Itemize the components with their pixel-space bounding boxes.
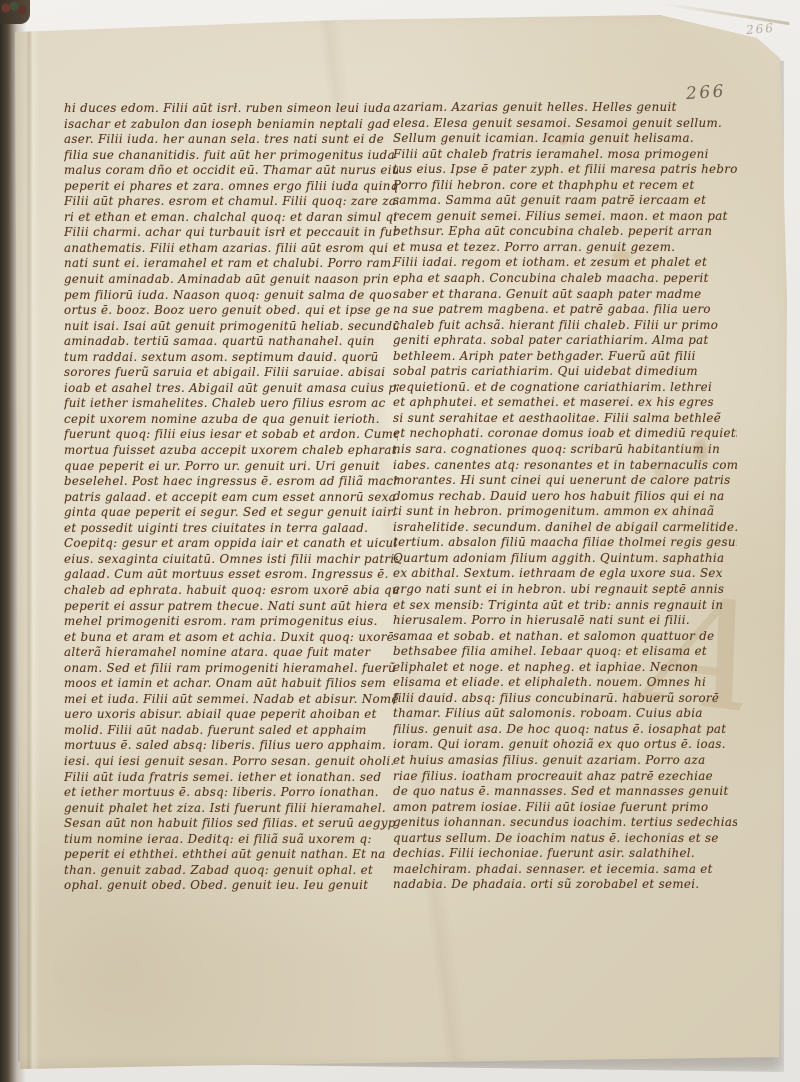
text-line: Sellum genuit icamian. Icamia genuit hel… [393, 131, 737, 147]
text-line: bethsabee filia amihel. Iebaar quoq: et … [393, 644, 737, 660]
text-line: et buna et aram et asom et achia. Duxit … [64, 630, 398, 646]
text-line: tum raddai. sextum asom. septimum dauid.… [64, 350, 398, 366]
text-line: et possedit uiginti tres ciuitates in te… [64, 521, 398, 537]
text-line: Filii aūt chaleb fratris ieramahel. mosa… [393, 147, 737, 163]
text-line: filii dauid. absq: filius concubinarū. h… [393, 691, 737, 707]
text-line: anathematis. Filii etham azarias. filii … [64, 241, 398, 257]
text-line: riae filius. ioatham procreauit ahaz pat… [393, 769, 737, 785]
text-line: iesi. qui iesi genuit sesan. Porro sesan… [64, 754, 398, 770]
text-line: filia sue chananitidis. fuit aūt her pri… [64, 148, 398, 164]
text-line: mehel primogeniti esrom. ram primogenitu… [64, 614, 398, 630]
text-line: genitus iohannan. secundus ioachim. tert… [393, 815, 737, 831]
text-line: mortuus ē. saled absq: liberis. filius u… [64, 738, 398, 754]
text-line: morantes. Hi sunt cinei qui uenerunt de … [393, 473, 737, 489]
text-line: Filii aūt phares. esrom et chamul. Filii… [64, 194, 398, 210]
left-text-column: hi duces edom. Filii aūt isrł. ruben sim… [64, 101, 398, 901]
text-line: eliphalet et noge. et napheg. et iaphiae… [393, 660, 737, 676]
text-line: elesa. Elesa genuit sesamoi. Sesamoi gen… [393, 116, 737, 132]
text-line: et huius amasias filius. genuit azariam.… [393, 753, 737, 769]
text-line: molid. Filii aūt nadab. fuerunt saled et… [64, 723, 398, 739]
text-line: samaa et sobab. et nathan. et salomon qu… [393, 629, 737, 645]
text-line: et musa et tezez. Porro arran. genuit ge… [393, 240, 737, 256]
text-line: nadabia. De phadaia. orti sũ zorobabel e… [393, 877, 737, 893]
text-line: mei et iuda. Filii aūt semmei. Nadab et … [64, 692, 398, 708]
text-line: et aphphutei. et semathei. et maserei. e… [393, 395, 737, 411]
text-line: thamar. Filius aūt salomonis. roboam. Cu… [393, 706, 737, 722]
text-line: hi duces edom. Filii aūt isrł. ruben sim… [64, 101, 398, 117]
text-line: Filii aūt iuda fratris semei. iether et … [64, 770, 398, 786]
text-line: dechias. Filii iechoniae. fuerunt asir. … [393, 846, 737, 862]
text-line: Filii charmi. achar qui turbauit isrł et… [64, 225, 398, 241]
text-line: si sunt serahitae et aesthaolitae. Filii… [393, 411, 737, 427]
text-line: recem genuit semei. Filius semei. maon. … [393, 209, 737, 225]
text-line: de quo natus ē. mannasses. Sed et mannas… [393, 784, 737, 800]
text-line: ortus ē. booz. Booz uero genuit obed. qu… [64, 303, 398, 319]
text-line: israhelitide. secundum. danihel de abiga… [393, 520, 737, 536]
text-line: peperit ei phares et zara. omnes ergo fi… [64, 179, 398, 195]
text-line: aminadab. tertiū samaa. quartū nathanahe… [64, 334, 398, 350]
photo-backdrop: 266 266 A hi duces edom. Filii aūt isrł.… [0, 0, 800, 1082]
text-line: elisama et eliade. et eliphaleth. nouem.… [393, 675, 737, 691]
text-line: samma. Samma aūt genuit raam patrē ierca… [393, 193, 737, 209]
text-line: sobal patris cariathiarim. Qui uidebat d… [393, 364, 737, 380]
text-line: peperit ei eththei. eththei aūt genuit n… [64, 847, 398, 863]
text-line: chaleb fuit achsã. hierant filii chaleb.… [393, 318, 737, 334]
text-line: galaad. Cum aūt mortuus esset esrom. Ing… [64, 567, 398, 583]
text-line: azariam. Azarias genuit helles. Helles g… [393, 100, 737, 116]
text-line: peperit ei assur patrem thecue. Nati sun… [64, 599, 398, 615]
text-line: domus rechab. Dauid uero hos habuit fili… [393, 489, 737, 505]
text-line: onam. Sed et filii ram primogeniti hiera… [64, 661, 398, 677]
text-line: Sesan aūt non habuit filios sed filias. … [64, 816, 398, 832]
text-line: genuit aminadab. Aminadab aūt genuit naa… [64, 272, 398, 288]
text-line: cepit uxorem nomine azuba de qua genuit … [64, 412, 398, 428]
text-line: uero uxoris abisur. abiail quae peperit … [64, 707, 398, 723]
text-line: moos et iamin et achar. Onam aūt habuit … [64, 676, 398, 692]
text-line: isachar et zabulon dan ioseph beniamin n… [64, 117, 398, 133]
text-line: sorores fuerũ saruia et abigail. Filii s… [64, 365, 398, 381]
text-line: et sex mensib: Triginta aūt et trib: ann… [393, 598, 737, 614]
text-line: alterã hieramahel nomine atara. quae fui… [64, 645, 398, 661]
text-line: quae peperit ei ur. Porro ur. genuit uri… [64, 459, 398, 475]
text-line: et nechophati. coronae domus ioab et dim… [393, 426, 737, 442]
binding-headband [0, 0, 30, 24]
text-line: malus coram dño et occidit eū. Thamar aū… [64, 163, 398, 179]
right-text-column: azariam. Azarias genuit helles. Helles g… [393, 100, 737, 902]
ghost-folio-number: 266 [745, 19, 796, 37]
text-line: tium nomine ieraa. Deditq: ei filiã suã … [64, 832, 398, 848]
text-line: saber et tharana. Genuit aūt saaph pater… [393, 287, 737, 303]
text-line: ergo nati sunt ei in hebron. ubi regnaui… [393, 582, 737, 598]
text-line: requietionū. et de cognatione cariathiar… [393, 380, 737, 396]
text-line: genuit phalet het ziza. Isti fuerunt fil… [64, 801, 398, 817]
text-line: maelchiram. phadai. sennaser. et iecemia… [393, 862, 737, 878]
text-line: mortua fuisset azuba accepit uxorem chal… [64, 443, 398, 459]
text-line: tertium. absalon filiū maacha filiae tho… [393, 535, 737, 551]
text-line: tus eius. Ipse ē pater zyph. et filii ma… [393, 162, 737, 178]
text-line: nis sara. cognationes quoq: scribarū hab… [393, 442, 737, 458]
text-line: Filii iadai. regom et iotham. et zesum e… [393, 255, 737, 271]
text-line: Quartum adoniam filium aggith. Quintum. … [393, 551, 737, 567]
text-line: beselehel. Post haec ingressus ē. esrom … [64, 474, 398, 490]
text-line: Coepitq: gesur et aram oppida iair et ca… [64, 536, 398, 552]
text-line: et iether mortuus ē. absq: liberis. Porr… [64, 785, 398, 801]
text-line: ex abithal. Sextum. iethraam de egla uxo… [393, 566, 737, 582]
text-line: eius. sexaginta ciuitatū. Omnes isti fil… [64, 552, 398, 568]
text-line: chaleb ad ephrata. habuit quoq: esrom ux… [64, 583, 398, 599]
text-line: patris galaad. et accepit eam cum esset … [64, 490, 398, 506]
text-line: quartus sellum. De ioachim natus ē. iech… [393, 831, 737, 847]
text-line: ioab et asahel tres. Abigail aūt genuit … [64, 381, 398, 397]
text-line: bethsur. Epha aūt concubina chaleb. pepe… [393, 224, 737, 240]
text-line: nuit isai. Isai aūt genuit primogenitū h… [64, 319, 398, 335]
text-line: ti sunt in hebron. primogenitum. ammon e… [393, 504, 737, 520]
text-line: than. genuit zabad. Zabad quoq: genuit o… [64, 863, 398, 879]
text-line: hierusalem. Porro in hierusalē nati sunt… [393, 613, 737, 629]
text-line: fuerunt quoq: filii eius iesar et sobab … [64, 427, 398, 443]
text-line: nati sunt ei. ieramahel et ram et chalub… [64, 256, 398, 272]
text-line: na sue patrem magbena. et patrē gabaa. f… [393, 302, 737, 318]
text-line: ophal. genuit obed. Obed. genuit ieu. Ie… [64, 878, 398, 894]
text-line: filius. genuit asa. De hoc quoq: natus ē… [393, 722, 737, 738]
text-line: geniti ephrata. sobal pater cariathiarim… [393, 333, 737, 349]
text-line: pem filiorū iuda. Naason quoq: genuit sa… [64, 288, 398, 304]
text-line: ginta quae peperit ei segur. Sed et segu… [64, 505, 398, 521]
text-line: fuit iether ismahelites. Chaleb uero fil… [64, 396, 398, 412]
text-line: aser. Filii iuda. her aunan sela. tres n… [64, 132, 398, 148]
text-line: amon patrem iosiae. Filii aūt iosiae fue… [393, 800, 737, 816]
text-line: ri et ethan et eman. chalchal quoq: et d… [64, 210, 398, 226]
text-line: epha et saaph. Concubina chaleb maacha. … [393, 271, 737, 287]
text-line: bethleem. Ariph pater bethgader. Fuerũ a… [393, 349, 737, 365]
text-line: ioram. Qui ioram. genuit ohoziã ex quo o… [393, 737, 737, 753]
text-line: Porro filii hebron. core et thaphphu et … [393, 178, 737, 194]
text-line: iabes. canentes atq: resonantes et in ta… [393, 458, 737, 474]
